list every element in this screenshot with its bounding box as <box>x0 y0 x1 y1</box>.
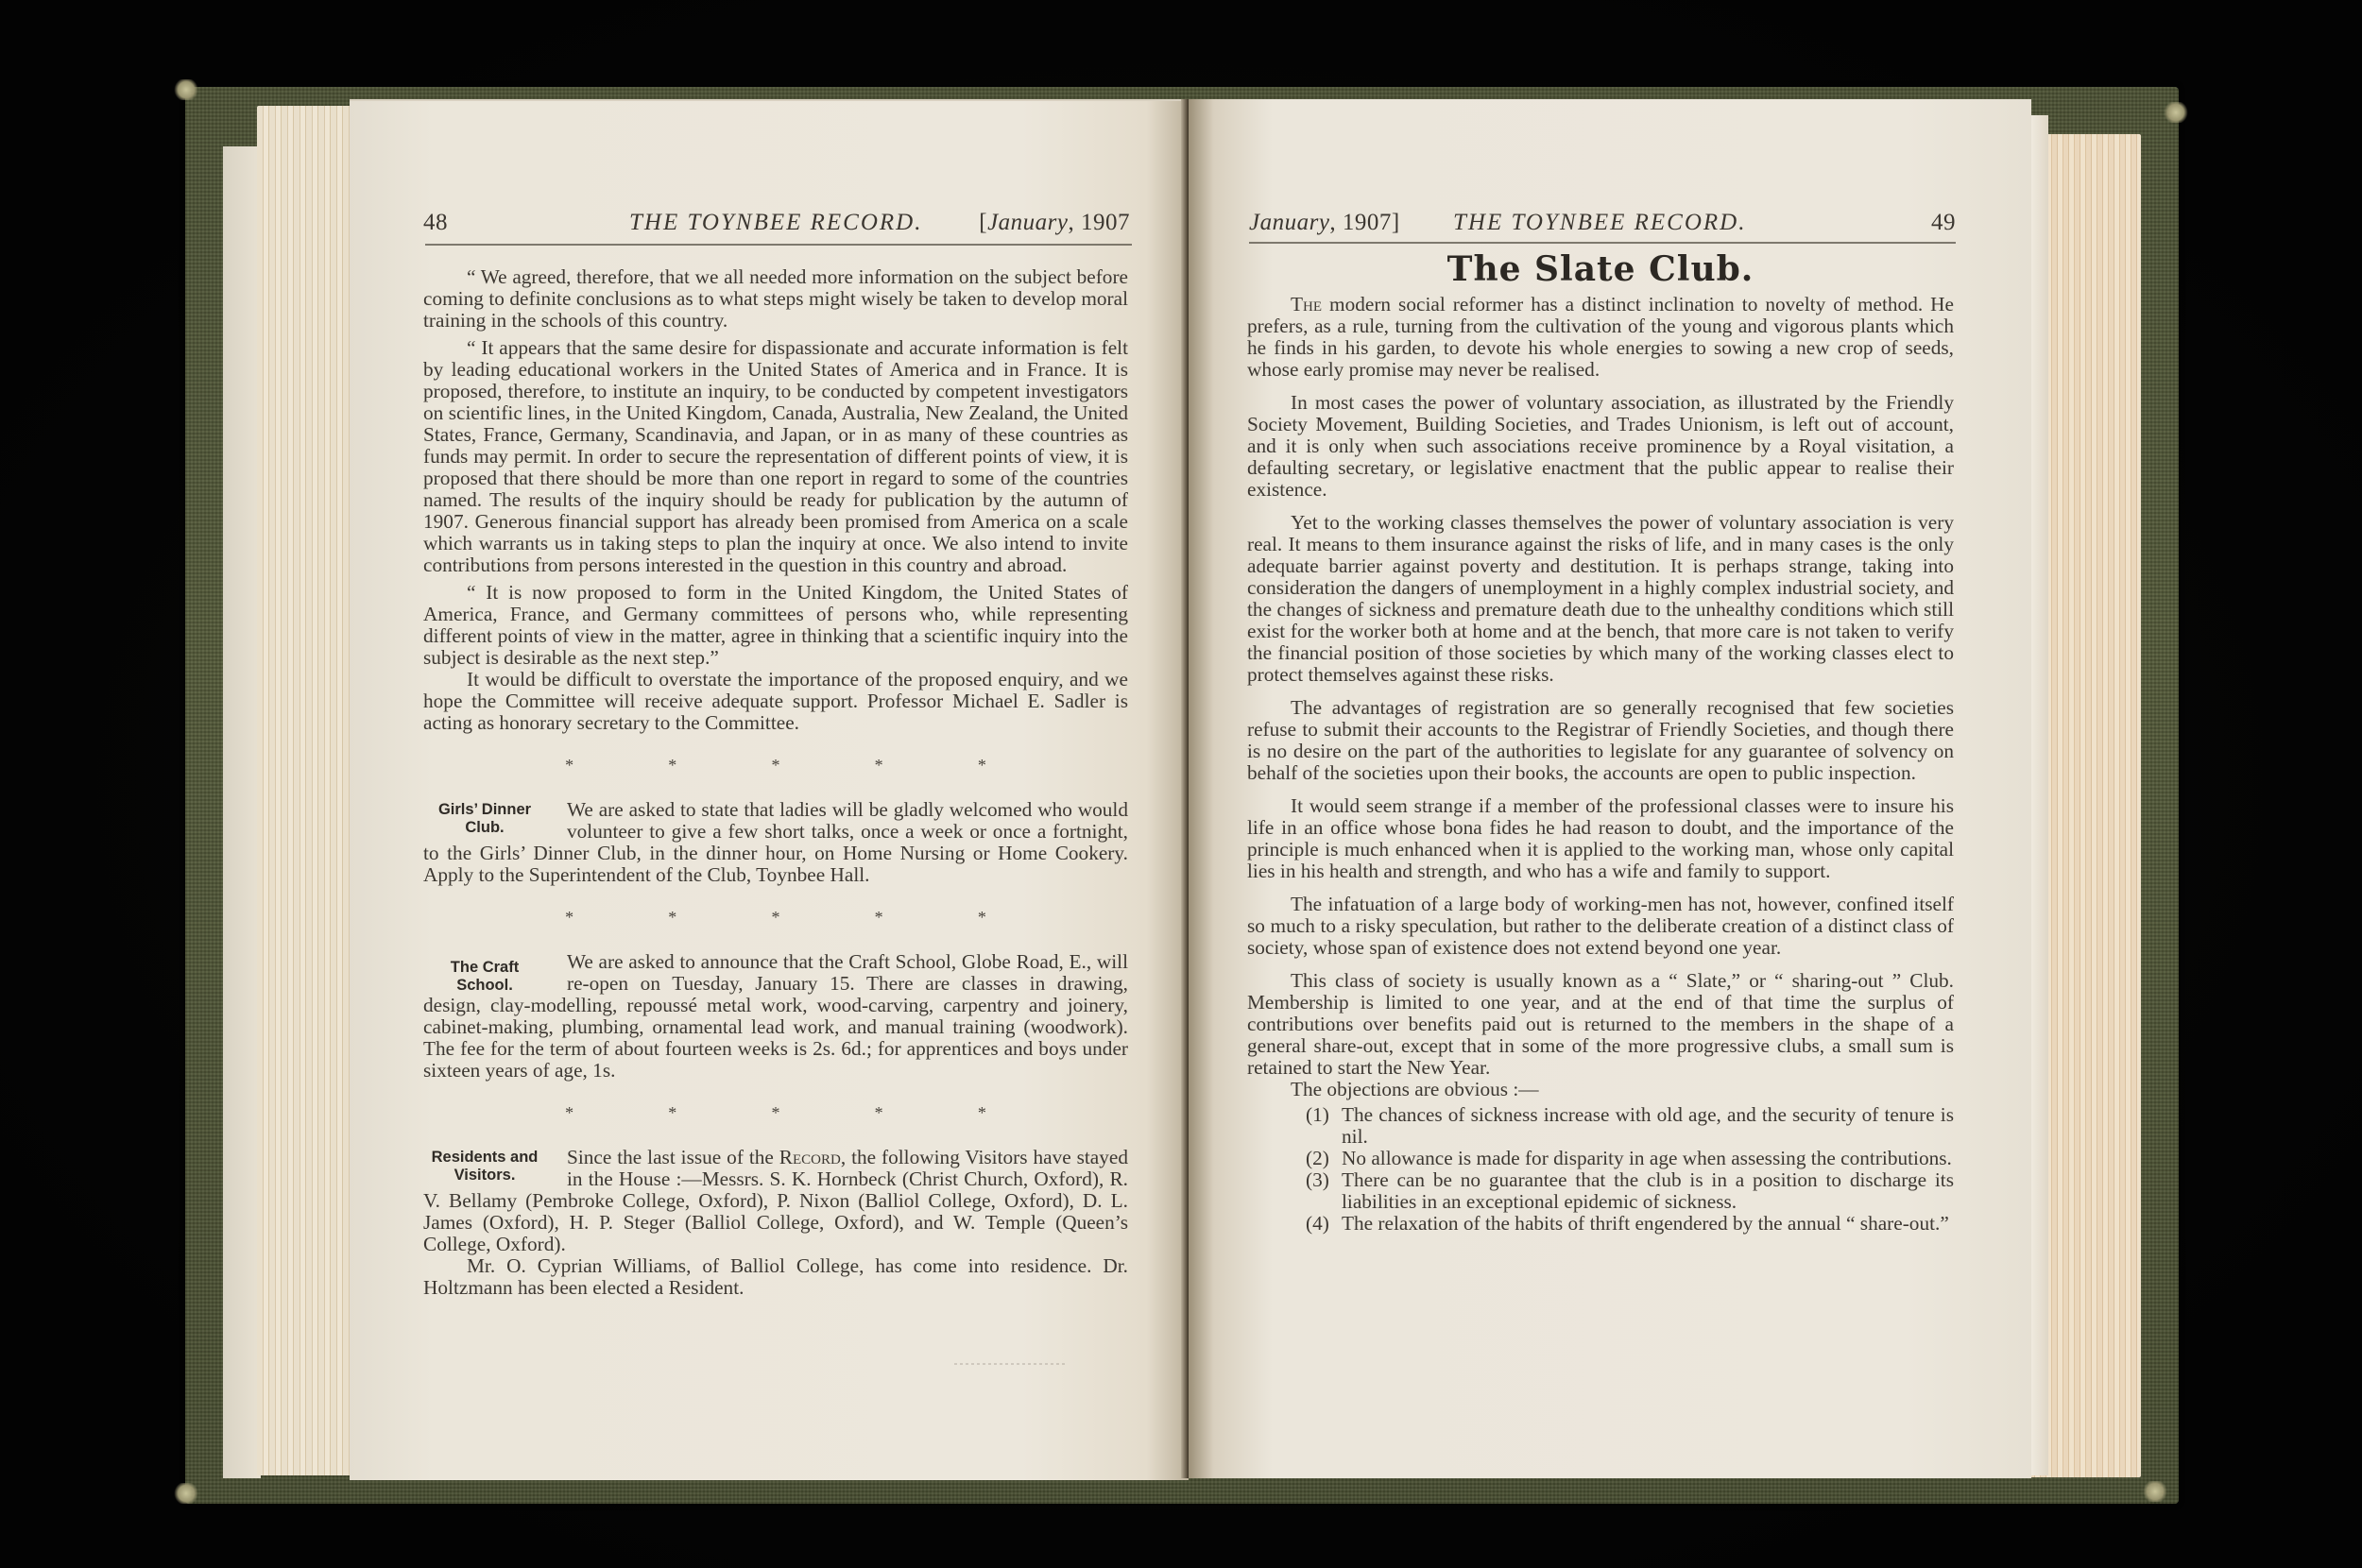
item-text: No allowance is made for disparity in ag… <box>1342 1148 1954 1169</box>
paragraph: Yet to the working classes themselves th… <box>1247 512 1954 686</box>
page-number: 48 <box>423 210 448 236</box>
paragraph: “ It is now proposed to form in the Unit… <box>423 582 1128 669</box>
paragraph: It would be difficult to overstate the i… <box>423 669 1128 734</box>
asterisk: * <box>668 907 676 929</box>
asterisk: * <box>771 1102 779 1124</box>
date-month: January <box>987 210 1068 235</box>
asterisk: * <box>978 1102 986 1124</box>
objections-list: (1)The chances of sickness increase with… <box>1247 1104 1954 1235</box>
paragraph: This class of society is usually known a… <box>1247 970 1954 1079</box>
item-number: (3) <box>1306 1169 1342 1213</box>
asterisk: * <box>668 1102 676 1124</box>
page-stack-left <box>257 106 361 1475</box>
date-bracket: [ <box>979 210 987 235</box>
item-text: The relaxation of the habits of thrift e… <box>1342 1213 1954 1235</box>
sidehead: The Craft School. <box>423 959 546 995</box>
opening-smallcaps: The <box>1291 293 1322 315</box>
item-text: There can be no guarantee that the club … <box>1342 1169 1954 1213</box>
ink-show-through <box>954 1363 1068 1365</box>
asterisk: * <box>565 755 573 776</box>
asterisk: * <box>565 907 573 929</box>
item-number: (4) <box>1306 1213 1342 1235</box>
frayed-corner-top-right <box>2164 102 2188 123</box>
text-run: modern social reformer has a distinct in… <box>1247 293 1954 381</box>
objection-item: (2)No allowance is made for disparity in… <box>1306 1148 1954 1169</box>
frayed-corner-bottom-left <box>174 1483 198 1504</box>
frayed-corner-bottom-right <box>2143 1481 2167 1502</box>
paragraph: It would seem strange if a member of the… <box>1247 795 1954 882</box>
section-residents-and-visitors: Residents and Visitors. Since the last i… <box>423 1147 1128 1299</box>
running-title: THE TOYNBEE RECORD. <box>1453 210 1746 236</box>
objection-item: (4)The relaxation of the habits of thrif… <box>1306 1213 1954 1235</box>
asterisk: * <box>875 755 883 776</box>
item-text: The chances of sickness increase with ol… <box>1342 1104 1954 1148</box>
header-rule <box>425 244 1132 246</box>
left-running-head: 48 THE TOYNBEE RECORD. [January, 1907 <box>423 210 1130 244</box>
right-running-head: January, 1907] THE TOYNBEE RECORD. 49 <box>1249 210 1956 244</box>
running-title: THE TOYNBEE RECORD. <box>629 210 922 236</box>
paragraph: The modern social reformer has a distinc… <box>1247 294 1954 381</box>
page-number: 49 <box>1931 210 1956 236</box>
section-craft-school: The Craft School. We are asked to announ… <box>423 951 1128 1082</box>
asterisk: * <box>978 907 986 929</box>
date-year: , 1907 <box>1329 210 1392 235</box>
sidehead: Residents and Visitors. <box>423 1149 546 1185</box>
flyleaf-left <box>223 146 261 1478</box>
page-edge-right <box>2029 115 2048 1475</box>
paragraph: In most cases the power of voluntary ass… <box>1247 392 1954 501</box>
left-page-body: “ We agreed, therefore, that we all need… <box>423 266 1128 1299</box>
section-separator: * * * * * <box>423 907 1128 929</box>
paragraph: “ We agreed, therefore, that we all need… <box>423 266 1128 332</box>
objection-item: (3)There can be no guarantee that the cl… <box>1306 1169 1954 1213</box>
date-month: January <box>1249 210 1329 235</box>
section-separator: * * * * * <box>423 755 1128 776</box>
frayed-corner-top-left <box>174 79 198 100</box>
asterisk: * <box>771 755 779 776</box>
header-rule <box>1249 242 1956 244</box>
text-run: Since the last issue of the <box>567 1146 779 1168</box>
section-separator: * * * * * <box>423 1102 1128 1124</box>
asterisk: * <box>875 1102 883 1124</box>
record-smallcaps: Record <box>779 1146 841 1168</box>
paragraph: The advantages of registration are so ge… <box>1247 697 1954 784</box>
asterisk: * <box>978 755 986 776</box>
article-title: The Slate Club. <box>1247 259 1954 281</box>
asterisk: * <box>771 907 779 929</box>
section-girls-dinner-club: Girls’ Dinner Club. We are asked to stat… <box>423 799 1128 886</box>
objection-item: (1)The chances of sickness increase with… <box>1306 1104 1954 1148</box>
sidehead: Girls’ Dinner Club. <box>423 801 546 837</box>
asterisk: * <box>875 907 883 929</box>
paragraph: The infatuation of a large body of worki… <box>1247 894 1954 959</box>
issue-date: [January, 1907 <box>979 210 1130 236</box>
asterisk: * <box>668 755 676 776</box>
paragraph: “ It appears that the same desire for di… <box>423 337 1128 576</box>
objections-lead: The objections are obvious :— <box>1247 1079 1954 1100</box>
item-number: (2) <box>1306 1148 1342 1169</box>
section-followup: Mr. O. Cyprian Williams, of Balliol Coll… <box>423 1255 1128 1299</box>
item-number: (1) <box>1306 1104 1342 1148</box>
issue-date: January, 1907] <box>1249 210 1400 236</box>
date-year: , 1907 <box>1069 210 1131 235</box>
date-bracket: ] <box>1392 210 1400 235</box>
right-page-body: The Slate Club. The modern social reform… <box>1247 259 1954 1235</box>
asterisk: * <box>565 1102 573 1124</box>
